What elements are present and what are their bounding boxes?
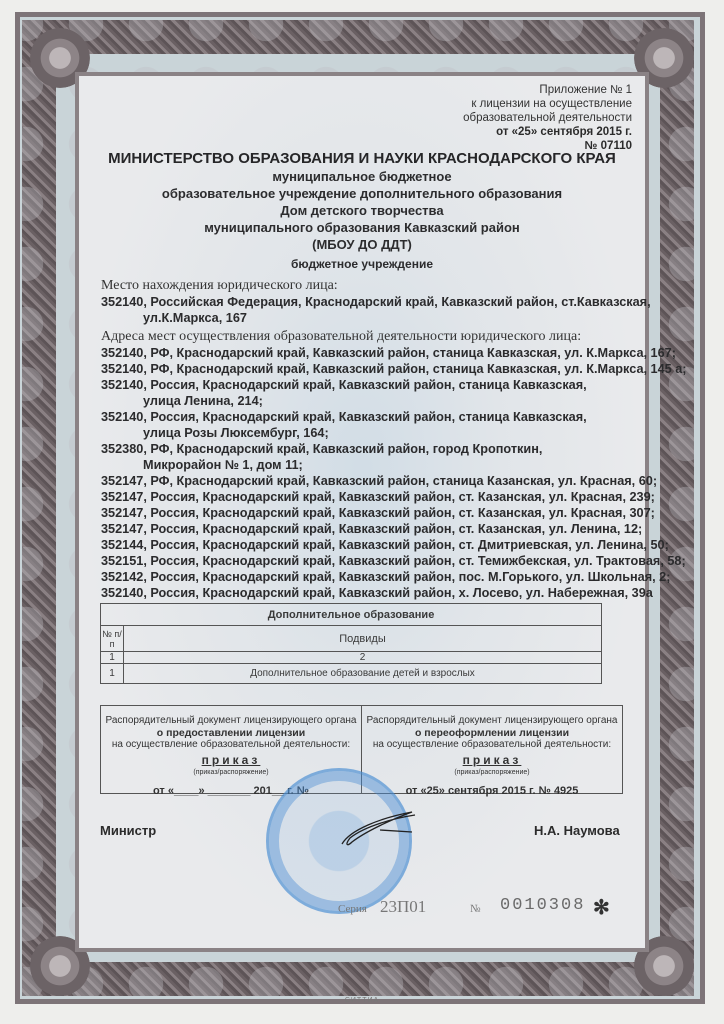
- ministry-title: МИНИСТЕРСТВО ОБРАЗОВАНИЯ И НАУКИ КРАСНОД…: [0, 150, 724, 167]
- index-cell: 2: [124, 652, 602, 664]
- signature-icon: [340, 810, 420, 850]
- appendix-line: к лицензии на осуществление: [463, 97, 632, 111]
- order-reissue-date: от «25» сентября 2015 г. № 4925: [362, 785, 622, 797]
- appendix-line: образовательной деятельности: [463, 111, 632, 125]
- activity-addresses-list: 352140, РФ, Краснодарский край, Кавказск…: [101, 345, 687, 601]
- order-reissue-line: Распорядительный документ лицензирующего…: [362, 715, 622, 727]
- address-item: 352140, РФ, Краснодарский край, Кавказск…: [101, 345, 687, 361]
- order-reissue-type-hint: (приказ/распоряжение): [362, 767, 622, 779]
- address-item-continuation: улица Розы Люксембург, 164;: [101, 425, 687, 441]
- activity-addresses-label: Адреса мест осуществления образовательно…: [101, 329, 581, 345]
- order-grant-purpose: о предоставлении лицензии: [101, 727, 361, 739]
- organization-name: муниципальное бюджетное образовательное …: [0, 168, 724, 273]
- order-grant-line: Распорядительный документ лицензирующего…: [101, 715, 361, 727]
- appendix-header: Приложение № 1 к лицензии на осуществлен…: [463, 83, 632, 153]
- order-reissue-box: Распорядительный документ лицензирующего…: [361, 705, 623, 794]
- organization-type: бюджетное учреждение: [0, 256, 724, 273]
- series-value: 23П01: [380, 897, 426, 917]
- address-item: 352140, РФ, Краснодарский край, Кавказск…: [101, 361, 687, 377]
- organization-line: образовательное учреждение дополнительно…: [0, 185, 724, 202]
- address-item-continuation: улица Ленина, 214;: [101, 393, 687, 409]
- asterisk-mark-icon: ✻: [593, 895, 610, 920]
- address-item: 352147, РФ, Краснодарский край, Кавказск…: [101, 473, 687, 489]
- blank-number-value: 0010308: [500, 896, 585, 915]
- address-item: 352147, Россия, Краснодарский край, Кавк…: [101, 505, 687, 521]
- legal-address-label: Место нахождения юридического лица:: [101, 278, 338, 294]
- table-row: 1 Дополнительное образование детей и взр…: [101, 664, 602, 684]
- address-item: 352140, Россия, Краснодарский край, Кавк…: [101, 377, 687, 393]
- order-reissue-purpose: о переоформлении лицензии: [362, 727, 622, 739]
- legal-address-line: ул.К.Маркса, 167: [101, 310, 651, 326]
- address-item: 352147, Россия, Краснодарский край, Кавк…: [101, 521, 687, 537]
- row-subtype: Дополнительное образование детей и взрос…: [124, 664, 602, 684]
- address-item: 352144, Россия, Краснодарский край, Кавк…: [101, 537, 687, 553]
- appendix-title: Приложение № 1: [463, 83, 632, 97]
- signatory-name: Н.А. Наумова: [534, 823, 620, 838]
- order-grant-type: приказ: [101, 754, 361, 766]
- address-item: 352380, РФ, Краснодарский край, Кавказск…: [101, 441, 687, 457]
- address-item-continuation: Микрорайон № 1, дом 11;: [101, 457, 687, 473]
- printer-mark: СИТТИА: [0, 997, 724, 1004]
- series-label: Серия: [338, 903, 367, 915]
- address-item: 352151, Россия, Краснодарский край, Кавк…: [101, 553, 687, 569]
- blank-number-label: №: [470, 903, 481, 915]
- education-table-title: Дополнительное образование: [101, 604, 602, 626]
- organization-line: муниципального образования Кавказский ра…: [0, 219, 724, 236]
- column-header-number: № п/п: [101, 626, 124, 652]
- order-reissue-line: на осуществление образовательной деятель…: [362, 739, 622, 751]
- organization-line: муниципальное бюджетное: [0, 168, 724, 185]
- address-item: 352142, Россия, Краснодарский край, Кавк…: [101, 569, 687, 585]
- index-cell: 1: [101, 652, 124, 664]
- organization-line: Дом детского творчества: [0, 202, 724, 219]
- address-item: 352140, Россия, Краснодарский край, Кавк…: [101, 585, 687, 601]
- column-header-subtypes: Подвиды: [124, 626, 602, 652]
- organization-abbr: (МБОУ ДО ДДТ): [0, 236, 724, 253]
- legal-address: 352140, Российская Федерация, Краснодарс…: [101, 294, 651, 326]
- education-table: Дополнительное образование № п/п Подвиды…: [100, 603, 602, 684]
- row-number: 1: [101, 664, 124, 684]
- license-appendix-page: Приложение № 1 к лицензии на осуществлен…: [0, 0, 724, 1024]
- order-reissue-type: приказ: [362, 754, 622, 766]
- signatory-position: Министр: [100, 823, 156, 838]
- legal-address-line: 352140, Российская Федерация, Краснодарс…: [101, 294, 651, 310]
- address-item: 352147, Россия, Краснодарский край, Кавк…: [101, 489, 687, 505]
- address-item: 352140, Россия, Краснодарский край, Кавк…: [101, 409, 687, 425]
- order-grant-line: на осуществление образовательной деятель…: [101, 739, 361, 751]
- appendix-date: от «25» сентября 2015 г.: [463, 125, 632, 139]
